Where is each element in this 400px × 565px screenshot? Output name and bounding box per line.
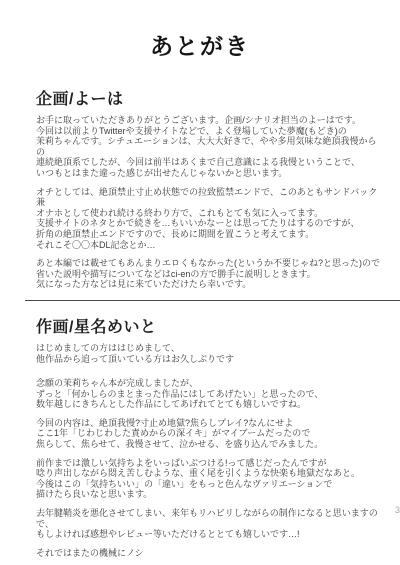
section-art: 作画/星名めいと はじめましての方ははじめまして、 他作品から追って頂いている方… [36, 314, 384, 559]
section-planning: 企画/よーは お手に取っていただきありがとうございます。企画/シナリオ担当のよー… [36, 86, 384, 290]
paragraph-art-2: 念願の茉莉ちゃん本が完成しましたが、 ずっと「何かしらのまとまった作品にはしてあ… [36, 378, 384, 410]
paragraph-planning-1: お手に取っていただきありがとうございます。企画/シナリオ担当のよーはです。 今回… [36, 115, 384, 179]
paragraph-art-4: 前作までは激しい気持ちよをいっぱいぶつける!って感じだったんですが 唸り声出しな… [36, 458, 384, 500]
paragraph-planning-2: オチとしては、絶頂禁止寸止め状態での拉致監禁エンドで、このあともサンドバック兼 … [36, 187, 384, 251]
section-divider [25, 300, 400, 301]
section-heading-art: 作画/星名めいと [36, 314, 384, 337]
paragraph-art-3: 今回の内容は、絶頂我慢?寸止め地獄?焦らしプレイ?なんにせよ ここ1年「じわじわ… [36, 418, 384, 450]
section-heading-planning: 企画/よーは [36, 86, 384, 109]
page-edge-mark: 3 [395, 505, 400, 515]
page-title: あとがき [26, 28, 374, 61]
paragraph-art-closing: それではまたの機械にノシ [36, 548, 384, 559]
afterword-page: あとがき 企画/よーは お手に取っていただきありがとうございます。企画/シナリオ… [0, 0, 400, 565]
paragraph-art-1: はじめましての方ははじめまして、 他作品から追って頂いている方はお久しぶりです [36, 343, 384, 364]
paragraph-planning-3: あと本編では載せてもあんまりエロくもなかった(というか不要じゃね?と思った)ので… [36, 258, 384, 290]
paragraph-art-5: 去年腱鞘炎を悪化させてしまい、来年もリハビリしながらの制作になると思いますので、… [36, 508, 384, 540]
